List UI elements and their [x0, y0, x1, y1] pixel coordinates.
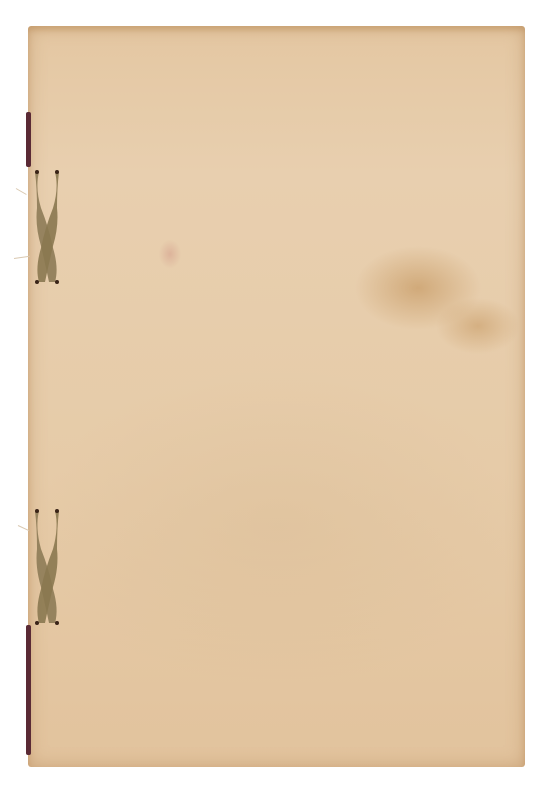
loose-thread [16, 188, 27, 195]
spine-edge-top [26, 112, 31, 167]
book-cover [28, 26, 525, 767]
binding-stitch-bottom [31, 507, 63, 627]
spine-edge-bottom [26, 625, 31, 755]
binding-stitch-top [31, 168, 63, 286]
